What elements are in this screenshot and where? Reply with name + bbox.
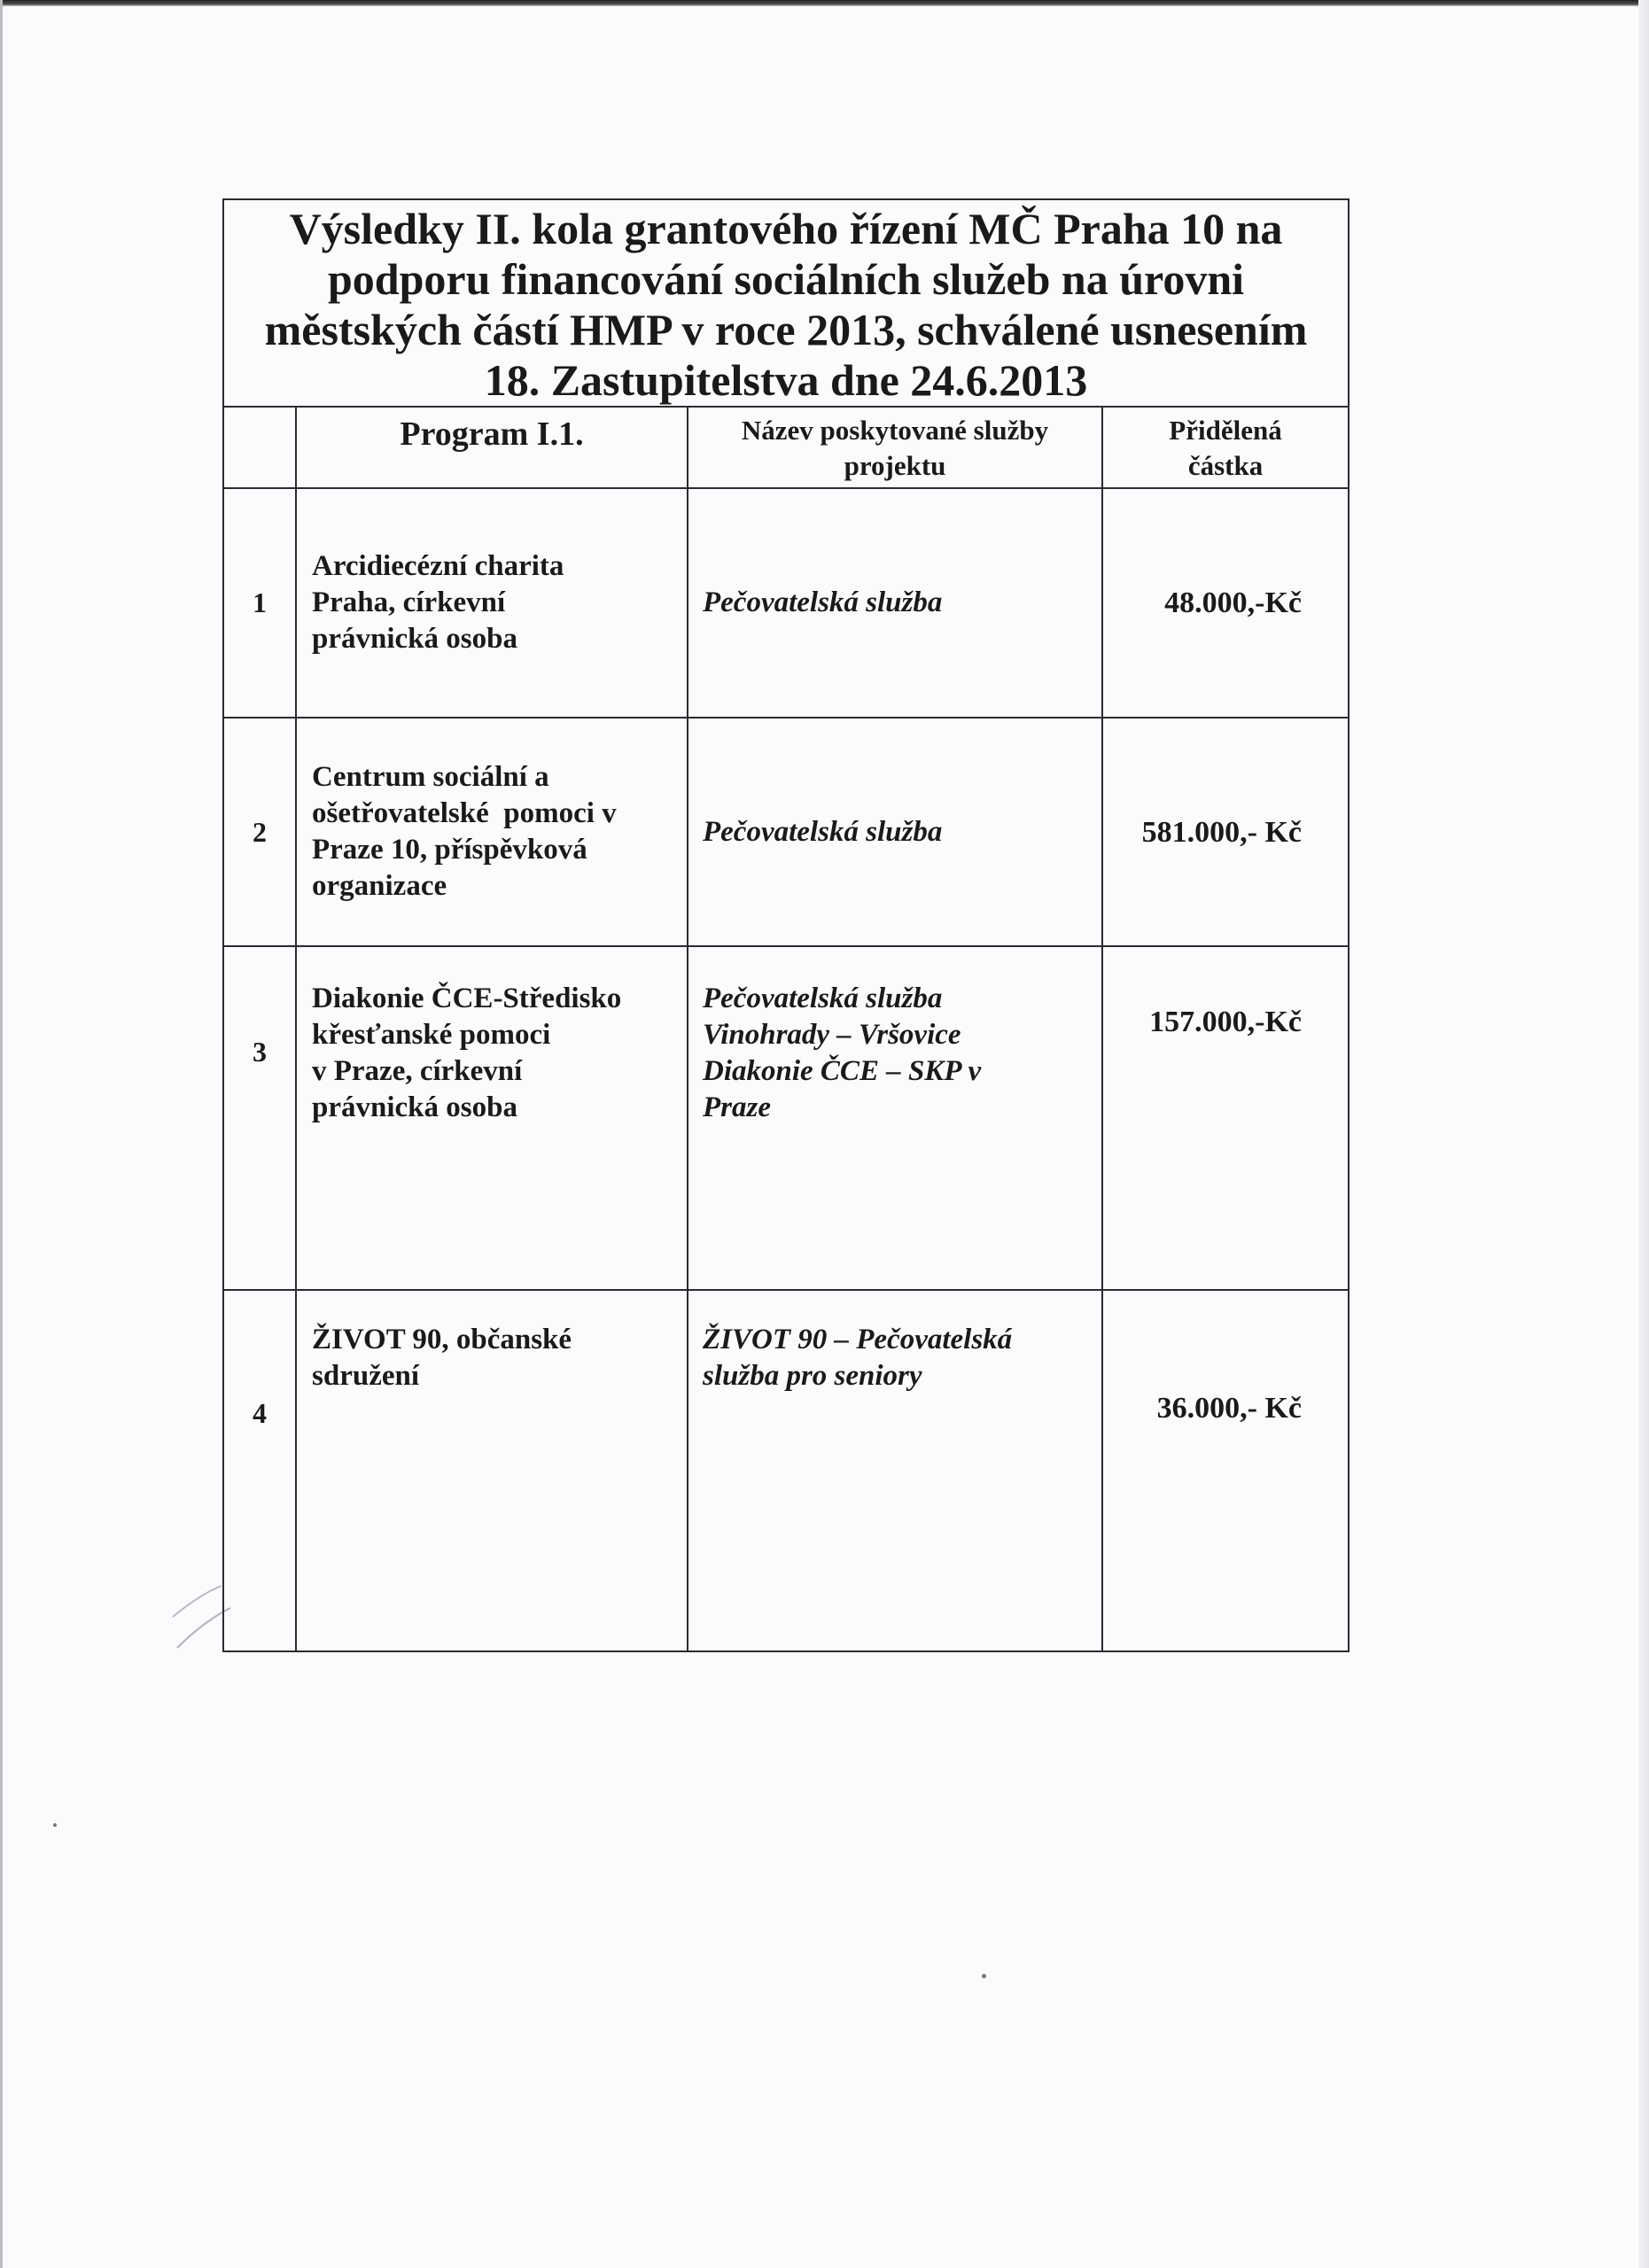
table-row: 4 ŽIVOT 90, občanské sdružení ŽIVOT 90 –…	[223, 1290, 1349, 1651]
amount-cell: 581.000,- Kč	[1102, 718, 1349, 946]
organization-cell: ŽIVOT 90, občanské sdružení	[296, 1290, 688, 1651]
row-number: 2	[223, 718, 296, 946]
row-number: 4	[223, 1290, 296, 1651]
row-number: 3	[223, 946, 296, 1290]
header-program: Program I.1.	[296, 407, 688, 488]
document-title: Výsledky II. kola grantového řízení MČ P…	[223, 199, 1349, 407]
title-line: městských částí HMP v roce 2013, schvále…	[224, 305, 1348, 355]
header-service: Název poskytované služby projektu	[688, 407, 1102, 488]
grant-results-table: Výsledky II. kola grantového řízení MČ P…	[222, 198, 1350, 1652]
amount-cell: 36.000,- Kč	[1102, 1290, 1349, 1651]
table-row: 2 Centrum sociální a ošetřovatelské pomo…	[223, 718, 1349, 946]
scan-left-edge	[0, 0, 3, 2268]
organization-cell: Centrum sociální a ošetřovatelské pomoci…	[296, 718, 688, 946]
table-row: 1 Arcidiecézní charita Praha, církevní p…	[223, 488, 1349, 718]
amount-cell: 48.000,-Kč	[1102, 488, 1349, 718]
scan-top-edge	[0, 0, 1649, 6]
table-row: 3 Diakonie ČCE-Středisko křesťanské pomo…	[223, 946, 1349, 1290]
service-cell: Pečovatelská služba	[688, 718, 1102, 946]
row-number: 1	[223, 488, 296, 718]
scan-speck	[982, 1974, 986, 1978]
table-header-row: Program I.1. Název poskytované služby pr…	[223, 407, 1349, 488]
header-amount: Přidělená částka	[1102, 407, 1349, 488]
service-cell: Pečovatelská služba Vinohrady – Vršovice…	[688, 946, 1102, 1290]
amount-cell: 157.000,-Kč	[1102, 946, 1349, 1290]
header-number	[223, 407, 296, 488]
scan-right-edge	[1638, 0, 1649, 2268]
title-line: Výsledky II. kola grantového řízení MČ P…	[224, 204, 1348, 254]
service-cell: Pečovatelská služba	[688, 488, 1102, 718]
title-line: podporu financování sociálních služeb na…	[224, 254, 1348, 305]
organization-cell: Arcidiecézní charita Praha, církevní prá…	[296, 488, 688, 718]
title-line: 18. Zastupitelstva dne 24.6.2013	[224, 355, 1348, 406]
scan-speck	[53, 1823, 57, 1827]
service-cell: ŽIVOT 90 – Pečovatelská služba pro senio…	[688, 1290, 1102, 1651]
organization-cell: Diakonie ČCE-Středisko křesťanské pomoci…	[296, 946, 688, 1290]
